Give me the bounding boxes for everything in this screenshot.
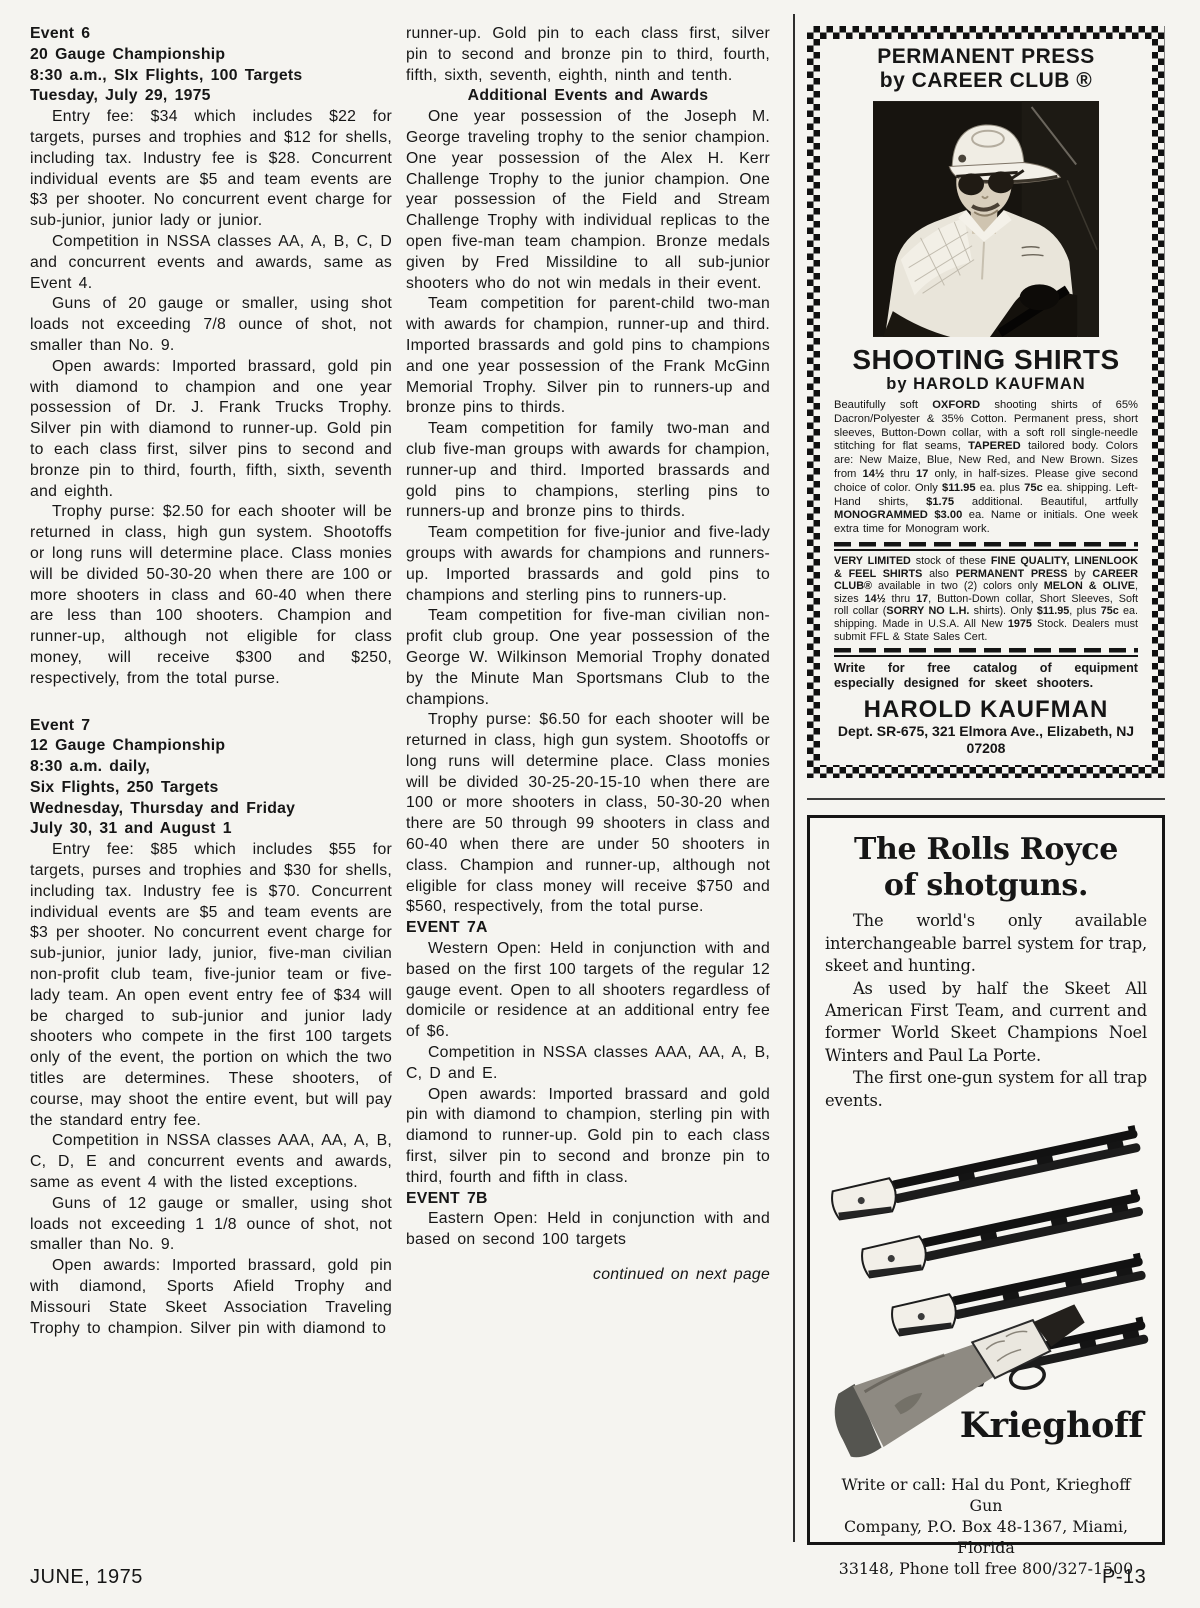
paragraph: Guns of 12 gauge or smaller, using shot … xyxy=(30,1194,392,1256)
krieghoff-address-line: 33148, Phone toll free 800/327-1500 xyxy=(825,1558,1147,1579)
event6-heading-line: 20 Gauge Championship xyxy=(30,45,392,66)
paragraph: Team competition for five-junior and fiv… xyxy=(406,523,770,606)
paragraph: Open awards: Imported brassard, gold pin… xyxy=(30,1256,392,1339)
paragraph: The first one-gun system for all trap ev… xyxy=(825,1067,1147,1112)
event6-heading-line: Event 6 xyxy=(30,24,392,45)
event7b-heading: EVENT 7B xyxy=(406,1189,770,1210)
paragraph: The world's only available interchangeab… xyxy=(825,910,1147,977)
shooting-shirts-subhead: by HAROLD KAUFMAN xyxy=(834,374,1138,394)
paragraph: Trophy purse: $6.50 for each shooter wil… xyxy=(406,710,770,918)
kaufman-brand: HAROLD KAUFMAN xyxy=(834,696,1138,723)
column-1: Event 6 20 Gauge Championship 8:30 a.m.,… xyxy=(30,24,392,1339)
ad-separator-rule xyxy=(807,798,1165,800)
event6-heading-line: Tuesday, July 29, 1975 xyxy=(30,86,392,107)
kaufman-ad-title-line: by CAREER CLUB ® xyxy=(834,69,1138,93)
event7-heading-line: 12 Gauge Championship xyxy=(30,736,392,757)
catalog-note: Write for free catalog of equipment espe… xyxy=(834,661,1138,690)
dashed-divider xyxy=(834,648,1138,657)
event7-heading-line: July 30, 31 and August 1 xyxy=(30,819,392,840)
paragraph: Competition in NSSA classes AA, A, B, C,… xyxy=(30,232,392,294)
kaufman-body-1: Beautifully soft OXFORD shooting shirts … xyxy=(834,399,1138,537)
paragraph: Trophy purse: $2.50 for each shooter wil… xyxy=(30,502,392,689)
paragraph: Western Open: Held in conjunction with a… xyxy=(406,939,770,1043)
kaufman-address: Dept. SR-675, 321 Elmora Ave., Elizabeth… xyxy=(834,723,1138,757)
column-divider xyxy=(793,14,795,1542)
shooting-shirts-headline: SHOOTING SHIRTS xyxy=(834,345,1138,374)
footer-issue-date: JUNE, 1975 xyxy=(30,1566,143,1589)
shooter-photo xyxy=(873,100,1099,338)
section-gap xyxy=(30,690,392,716)
event6-heading: Event 6 20 Gauge Championship 8:30 a.m.,… xyxy=(30,24,392,107)
dashed-divider xyxy=(834,542,1138,551)
footer-page-number: P-13 xyxy=(1102,1566,1146,1589)
paragraph: One year possession of the Joseph M. Geo… xyxy=(406,107,770,294)
paragraph: Team competition for parent-child two-ma… xyxy=(406,294,770,419)
event7-heading-line: 8:30 a.m. daily, xyxy=(30,757,392,778)
krieghoff-logo: Krieghoff xyxy=(960,1405,1143,1446)
paragraph: Competition in NSSA classes AAA, AA, A, … xyxy=(30,1131,392,1193)
krieghoff-ad-body: The world's only available interchangeab… xyxy=(825,910,1147,1112)
event7-heading: Event 7 12 Gauge Championship 8:30 a.m. … xyxy=(30,716,392,841)
ads-column: PERMANENT PRESS by CAREER CLUB ® xyxy=(807,26,1165,1545)
krieghoff-ad-title-line: of shotguns. xyxy=(825,868,1147,904)
krieghoff-address-line: Write or call: Hal du Pont, Krieghoff Gu… xyxy=(825,1474,1147,1516)
kaufman-ad: PERMANENT PRESS by CAREER CLUB ® xyxy=(807,26,1165,778)
paragraph: Team competition for family two-man and … xyxy=(406,419,770,523)
kaufman-ad-title: PERMANENT PRESS by CAREER CLUB ® xyxy=(834,45,1138,93)
krieghoff-address: Write or call: Hal du Pont, Krieghoff Gu… xyxy=(825,1474,1147,1579)
paragraph: Team competition for five-man civilian n… xyxy=(406,606,770,710)
kaufman-body-2: VERY LIMITED stock of these FINE QUALITY… xyxy=(834,555,1138,643)
event7-heading-line: Wednesday, Thursday and Friday xyxy=(30,799,392,820)
krieghoff-art: Krieghoff xyxy=(825,1114,1147,1474)
additional-events-heading: Additional Events and Awards xyxy=(406,86,770,107)
event6-heading-line: 8:30 a.m., SIx Flights, 100 Targets xyxy=(30,66,392,87)
paragraph: Competition in NSSA classes AAA, AA, A, … xyxy=(406,1043,770,1085)
paragraph: Open awards: Imported brassard, gold pin… xyxy=(30,357,392,503)
krieghoff-address-line: Company, P.O. Box 48-1367, Miami, Florid… xyxy=(825,1516,1147,1558)
paragraph: As used by half the Skeet All American F… xyxy=(825,978,1147,1068)
paragraph: Eastern Open: Held in conjunction with a… xyxy=(406,1209,770,1251)
paragraph: Open awards: Imported brassard and gold … xyxy=(406,1085,770,1189)
paragraph: Guns of 20 gauge or smaller, using shot … xyxy=(30,294,392,356)
event7a-heading: EVENT 7A xyxy=(406,918,770,939)
krieghoff-ad-title: The Rolls Royce of shotguns. xyxy=(825,832,1147,904)
paragraph: Entry fee: $34 which includes $22 for ta… xyxy=(30,107,392,232)
kaufman-ad-title-line: PERMANENT PRESS xyxy=(834,45,1138,69)
krieghoff-ad-title-line: The Rolls Royce xyxy=(825,832,1147,868)
column-2: runner-up. Gold pin to each class first,… xyxy=(406,24,770,1286)
event7-heading-line: Six Flights, 250 Targets xyxy=(30,778,392,799)
kaufman-ad-inner: PERMANENT PRESS by CAREER CLUB ® xyxy=(820,39,1152,765)
continued-note: continued on next page xyxy=(406,1265,770,1286)
paragraph: Entry fee: $85 which includes $55 for ta… xyxy=(30,840,392,1131)
krieghoff-ad: The Rolls Royce of shotguns. The world's… xyxy=(807,815,1165,1545)
event7-heading-line: Event 7 xyxy=(30,716,392,737)
paragraph: runner-up. Gold pin to each class first,… xyxy=(406,24,770,86)
